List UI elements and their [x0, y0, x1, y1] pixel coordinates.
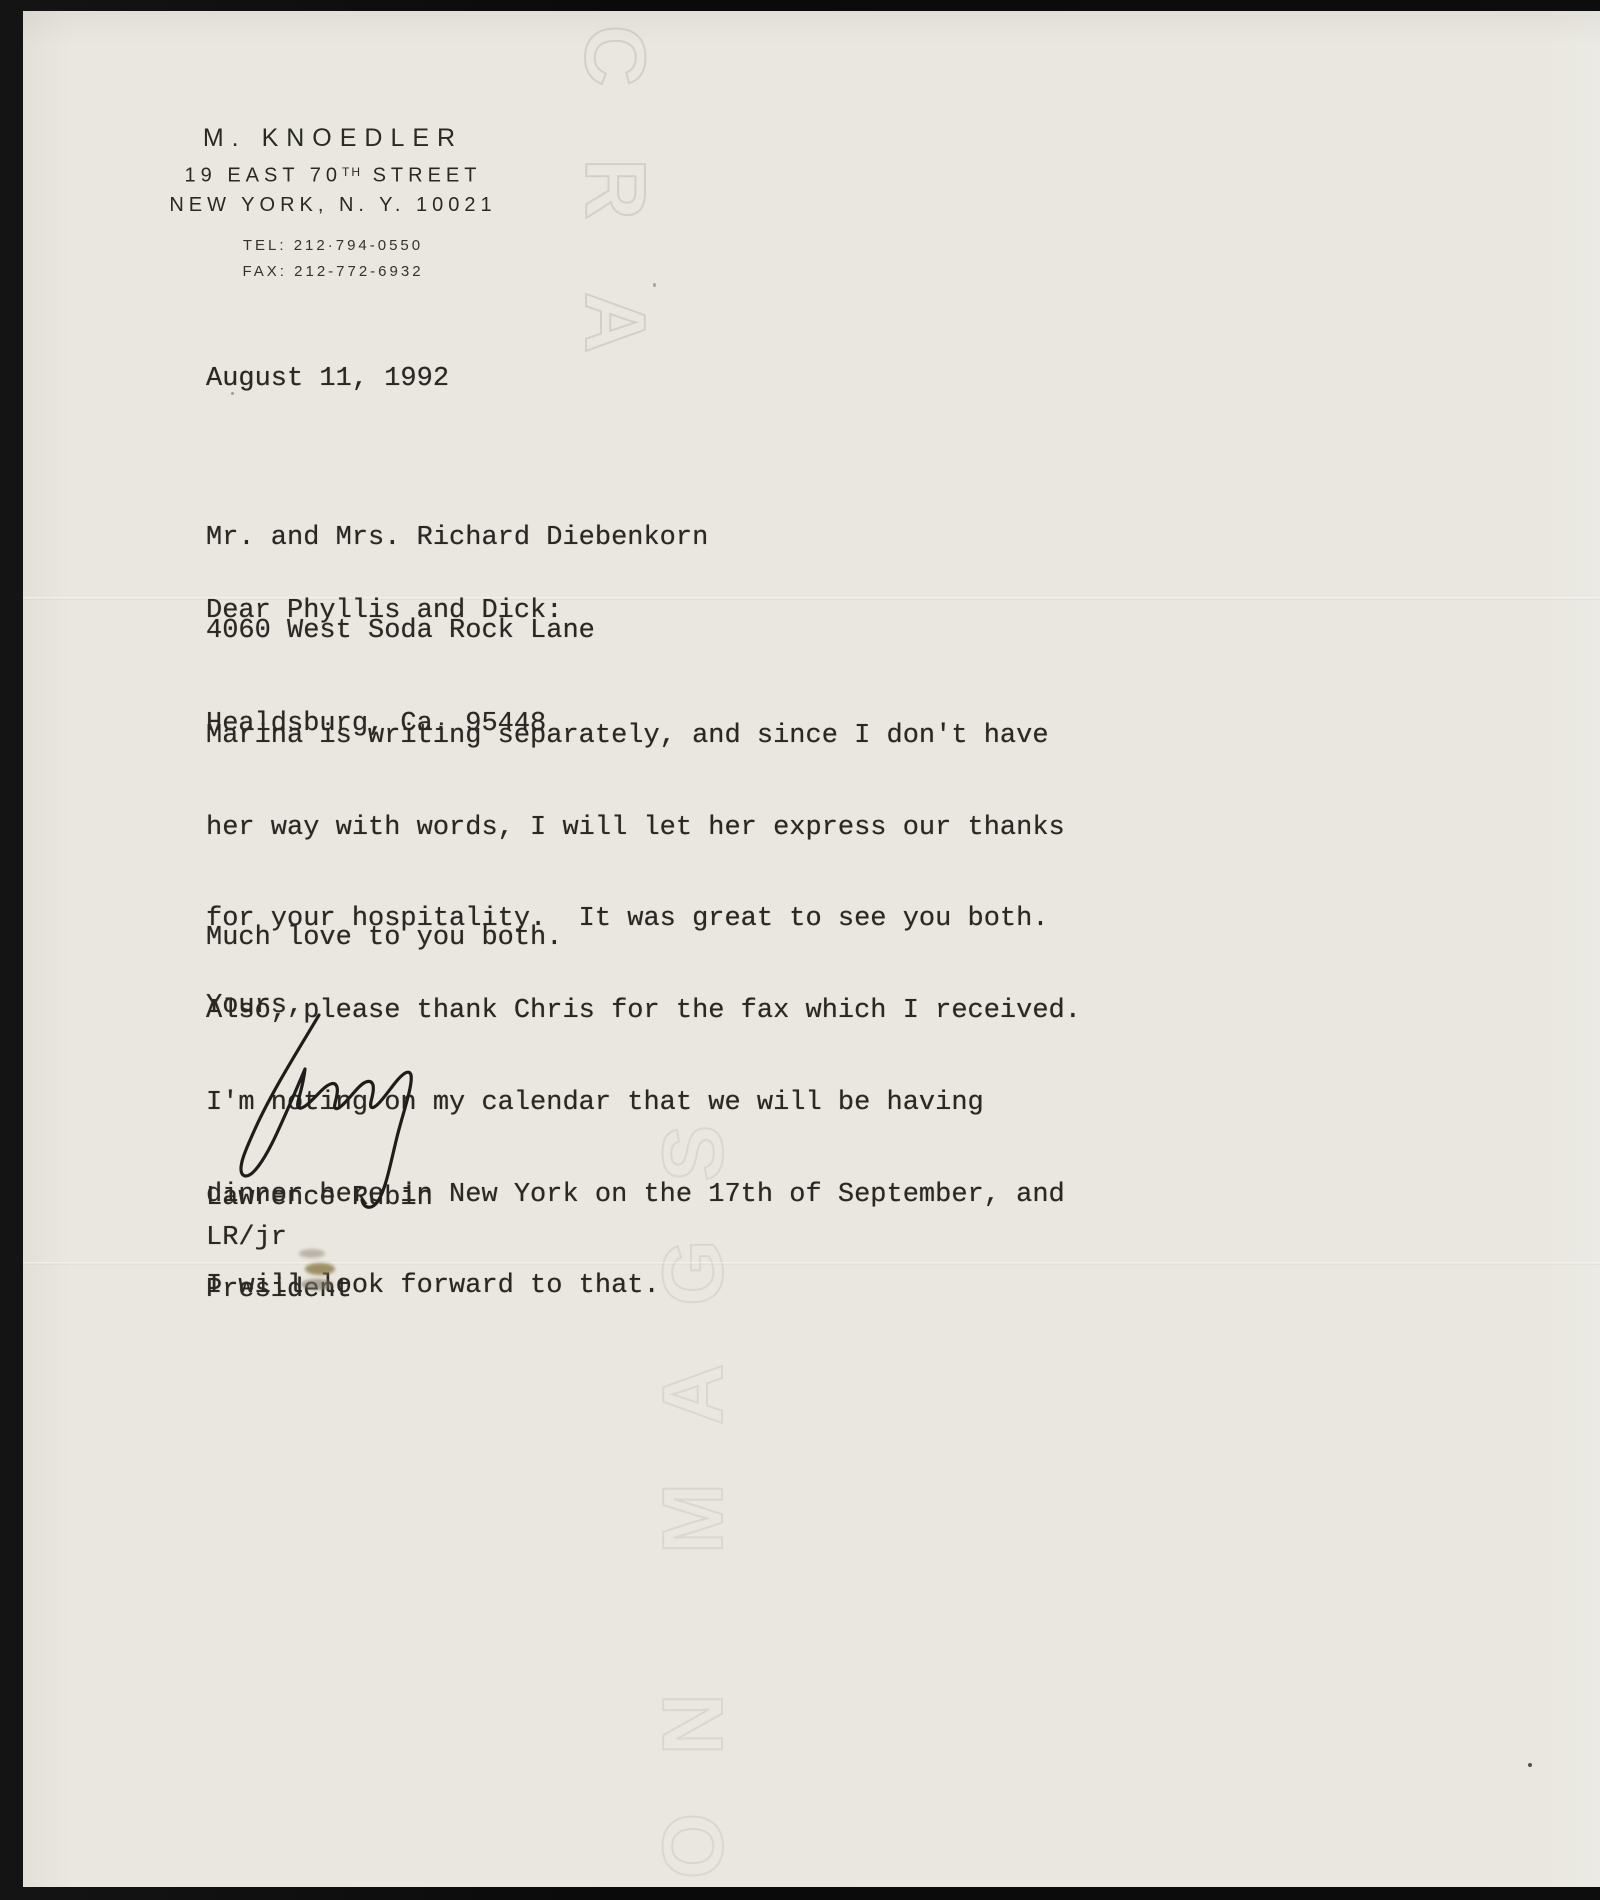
date-line: August 11, 1992 — [206, 363, 449, 396]
paper-speck — [231, 392, 234, 395]
salutation: Dear Phyllis and Dick: — [206, 595, 562, 628]
typist-initials: LR/jr — [206, 1222, 287, 1255]
closing-line: Much love to you both. — [206, 922, 562, 955]
letterhead-name: M. KNOEDLER — [53, 123, 613, 153]
letterhead-fax: FAX: 212-772-6932 — [53, 259, 613, 285]
letter-page: CRA ON MAGS M. KNOEDLER 19 EAST 70TH STR… — [23, 11, 1600, 1887]
paper-speck — [653, 283, 656, 287]
recipient-line: Mr. and Mrs. Richard Diebenkorn — [206, 522, 708, 555]
letterhead-street: 19 EAST 70TH STREET — [53, 157, 613, 190]
scan-background: { "letterhead": { "name": "M. KNOEDLER",… — [0, 0, 1600, 1900]
ink-smudge — [305, 1263, 335, 1275]
ink-smudge — [299, 1249, 325, 1258]
paper-speck — [1528, 1763, 1532, 1767]
ink-smudge — [301, 1279, 333, 1290]
letterhead: M. KNOEDLER 19 EAST 70TH STREET NEW YORK… — [53, 123, 613, 285]
letterhead-city: NEW YORK, N. Y. 10021 — [53, 190, 613, 220]
body-line: her way with words, I will let her expre… — [206, 813, 1081, 845]
body-line: Marina is writing separately, and since … — [206, 721, 1081, 753]
handwritten-signature — [193, 1009, 423, 1214]
letterhead-telephone: TEL: 212·794-0550 — [53, 233, 613, 259]
letterhead-street-number: 19 EAST 70 — [185, 164, 342, 186]
letterhead-street-suffix: STREET — [362, 164, 481, 186]
letterhead-street-ordinal: TH — [342, 165, 362, 179]
